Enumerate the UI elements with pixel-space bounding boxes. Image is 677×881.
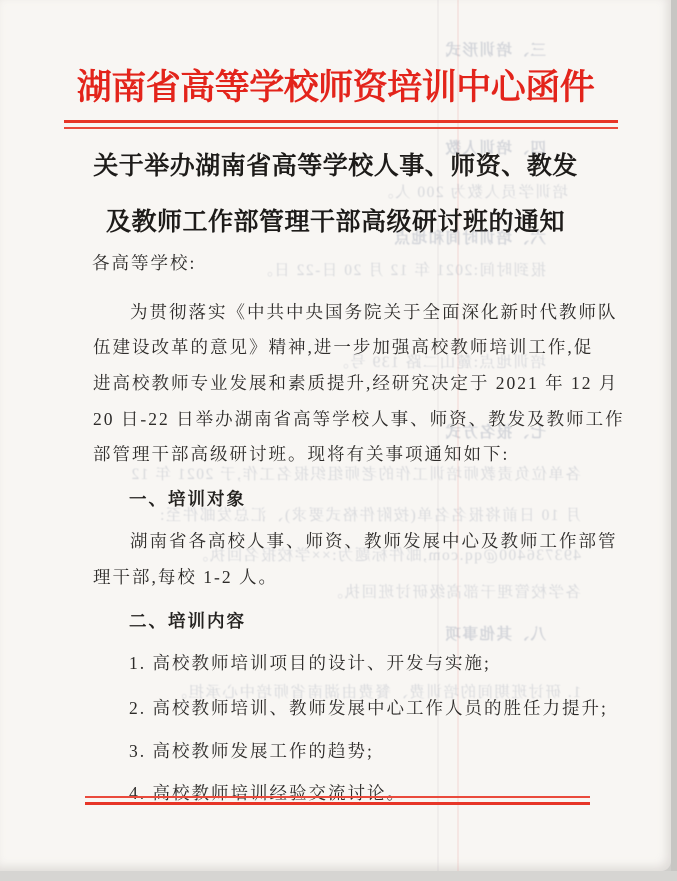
fold-crease [457,0,459,871]
letterhead-rule-thin [64,127,618,129]
paragraph-line: 湖南省各高校人事、师资、教师发展中心及教师工作部管 [130,528,618,553]
scan-bottom-edge [0,871,677,881]
section1-heading: 一、培训对象 [129,486,246,511]
paragraph-line: 伍建设改革的意见》精神,进一步加强高校教师培训工作,促 [93,334,593,359]
scan-right-edge [671,0,677,881]
paragraph-line: 进高校教师专业发展和素质提升,经研究决定于 2021 年 12 月 [93,370,618,395]
paragraph-line: 为贯彻落实《中共中央国务院关于全面深化新时代教师队 [130,299,618,324]
list-item: 2. 高校教师培训、教师发展中心工作人员的胜任力提升; [129,695,608,720]
letterhead-title: 湖南省高等学校师资培训中心函件 [0,60,671,110]
scanned-document: 三、培训形式 四、培训人数 培训学员人数为 200 人。 六、培训时间和地点 报… [0,0,677,881]
paragraph-line: 理干部,每校 1-2 人。 [93,564,278,589]
letterhead-rule-thick [64,120,618,123]
footer-rule-thick [85,802,590,805]
bleedthrough-line: 报到时间:2021 年 12 月 20 日-22 日。 [256,258,546,280]
bleedthrough-line: 培训学员人数为 200 人。 [376,180,568,202]
section2-heading: 二、培训内容 [129,608,246,633]
bleedthrough-line: 三、培训形式 [444,38,546,60]
list-item: 3. 高校教师发展工作的趋势; [129,738,374,763]
salutation: 各高等学校: [92,250,196,275]
paragraph-line: 部管理干部高级研讨班。现将有关事项通知如下: [93,441,509,466]
document-title-line1: 关于举办湖南省高等学校人事、师资、教发 [0,146,671,182]
bleedthrough-line: 各学校管理干部高级研讨班回执。 [326,580,581,602]
document-title-line2: 及教师工作部管理干部高级研讨班的通知 [0,202,671,238]
document-page: 三、培训形式 四、培训人数 培训学员人数为 200 人。 六、培训时间和地点 报… [0,0,671,871]
footer-rule-thin [85,796,590,798]
paragraph-line: 20 日-22 日举办湖南省高等学校人事、师资、教发及教师工作 [93,406,625,431]
fold-crease [437,0,439,871]
bleedthrough-line: 八、其他事项 [444,622,546,644]
list-item: 1. 高校教师培训项目的设计、开发与实施; [129,650,491,675]
